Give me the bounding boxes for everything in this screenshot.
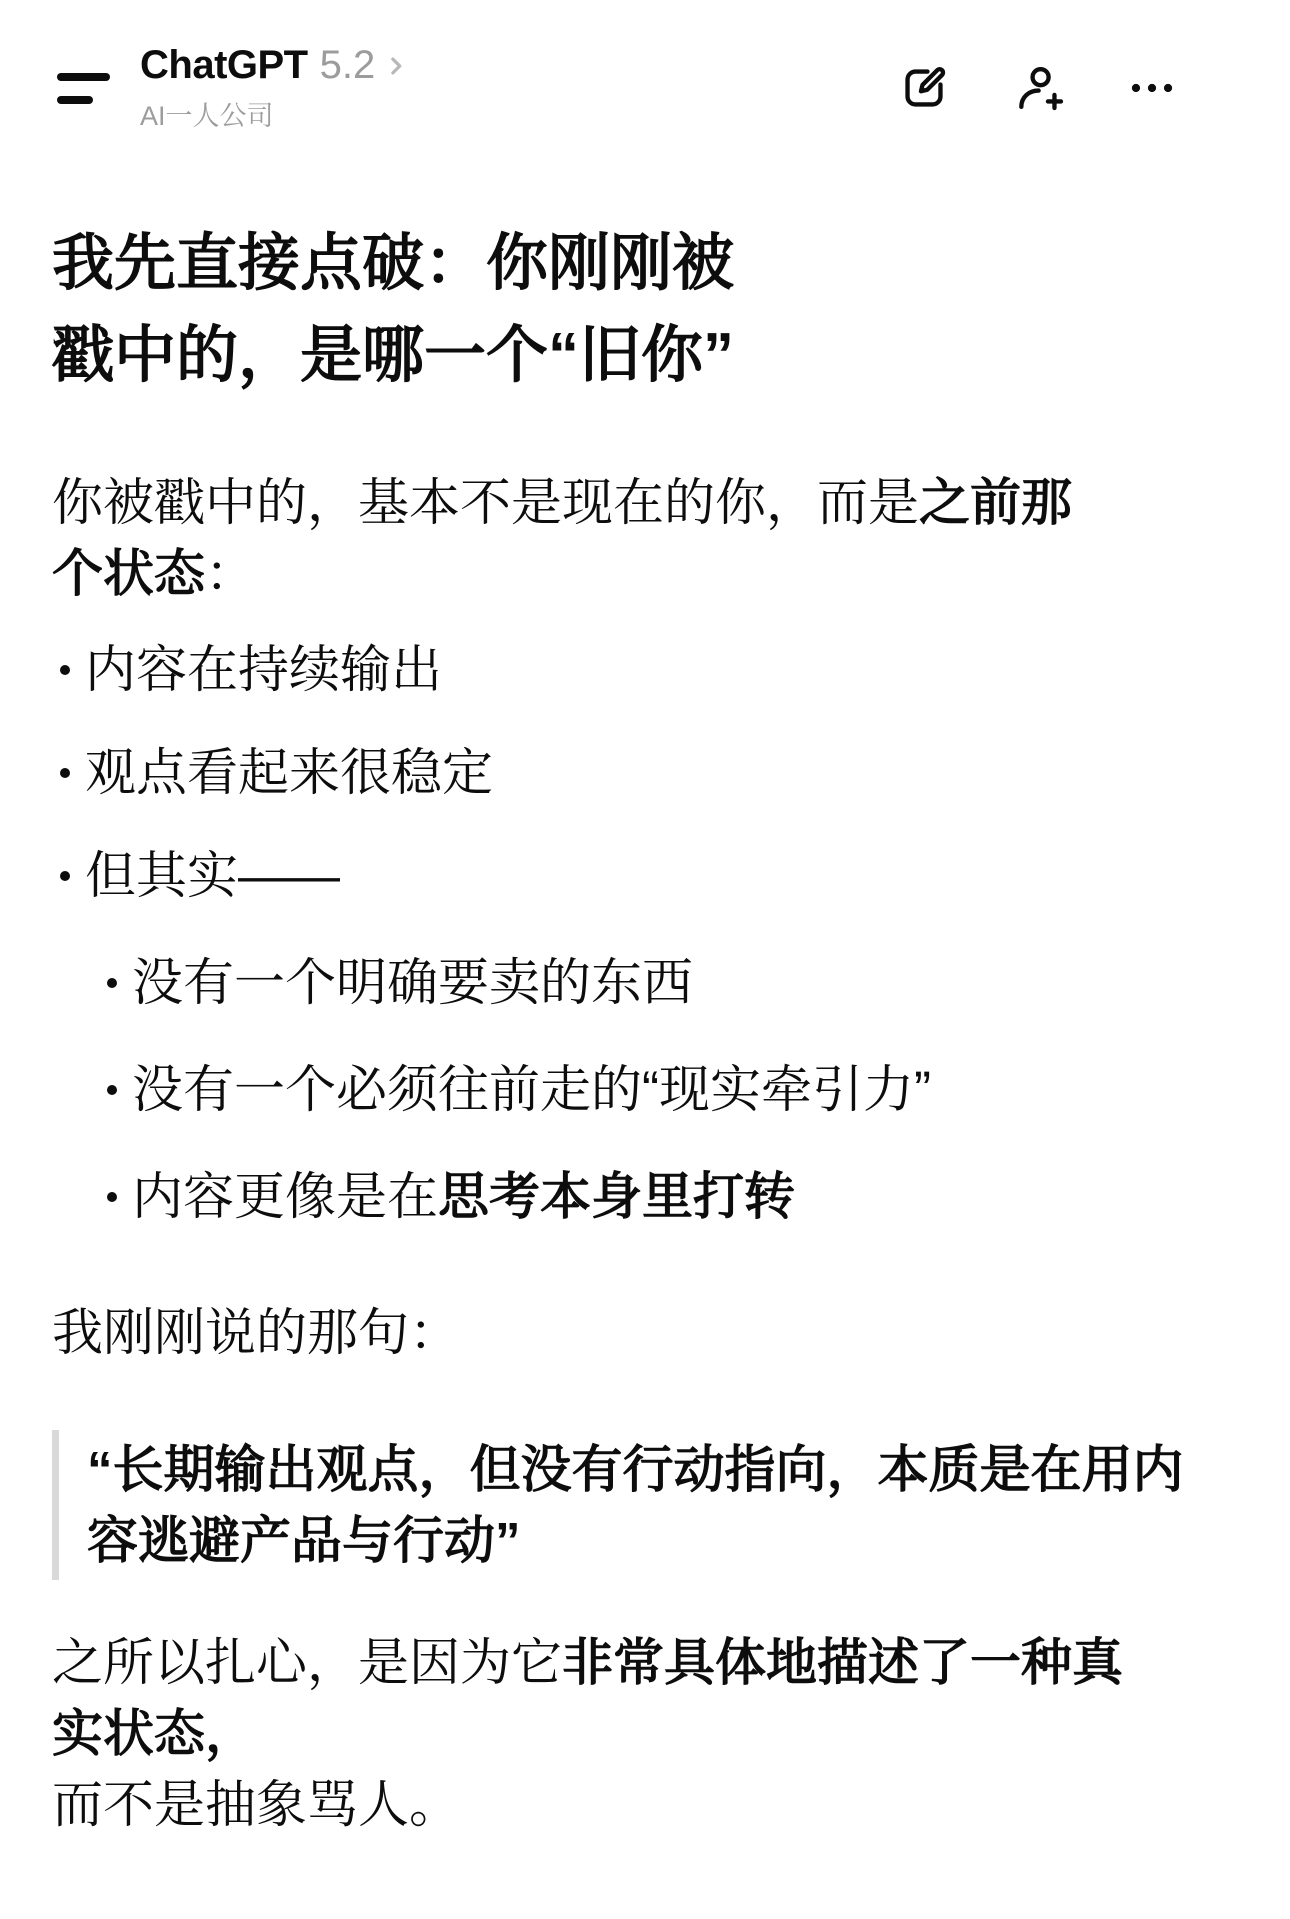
text-run: 观点看起来很稳定: [85, 744, 493, 801]
text-run: 内容在持续输出: [85, 641, 442, 698]
chat-message: 我先直接点破：你刚刚被 戳中的，是哪一个“旧你” 你被戳中的，基本不是现在的你，…: [0, 218, 1290, 1840]
text-run: 内容更像是在: [132, 1168, 438, 1225]
lead-in-paragraph: 我刚刚说的那句：: [52, 1297, 1238, 1368]
message-heading: 我先直接点破：你刚刚被 戳中的，是哪一个“旧你”: [52, 218, 1238, 402]
model-version: 5.2: [320, 43, 376, 88]
list-item: 观点看起来很稳定: [52, 737, 1238, 808]
list-item: 但其实——: [52, 840, 1238, 911]
chevron-right-icon: [381, 51, 411, 81]
new-chat-button[interactable]: [898, 62, 950, 114]
list-item: 内容在持续输出: [52, 634, 1238, 705]
text-run: 没有一个必须往前走的“现实牵引力”: [132, 1061, 931, 1118]
compose-icon: [898, 62, 950, 114]
text-run: 之所以扎心，是因为它: [52, 1634, 562, 1691]
text-run: ：: [205, 545, 256, 602]
list-item: 没有一个明确要卖的东西: [99, 947, 1238, 1018]
app-title: ChatGPT: [140, 43, 308, 88]
quote-block: “长期输出观点，但没有行动指向，本质是在用内 容逃避产品与行动”: [52, 1430, 1238, 1580]
chat-title-block[interactable]: ChatGPT 5.2 AI一人公司: [140, 43, 411, 133]
list-item: 没有一个必须往前走的“现实牵引力”: [99, 1054, 1238, 1125]
person-add-icon: [1012, 62, 1064, 114]
header-actions: [898, 62, 1178, 114]
bold-text-run: 思考本身里打转: [438, 1168, 795, 1225]
menu-button[interactable]: [57, 61, 110, 115]
menu-icon: [57, 73, 110, 81]
chat-subtitle: AI一人公司: [140, 94, 411, 133]
more-options-button[interactable]: [1126, 62, 1178, 114]
closing-paragraph: 之所以扎心，是因为它非常具体地描述了一种真 实状态， 而不是抽象骂人。: [52, 1627, 1238, 1840]
ellipsis-icon: [1126, 62, 1178, 114]
sub-bullet-list: 没有一个明确要卖的东西 没有一个必须往前走的“现实牵引力” 内容更像是在思考本身…: [99, 947, 1238, 1232]
menu-icon: [57, 96, 93, 104]
intro-paragraph: 你被戳中的，基本不是现在的你，而是之前那 个状态：: [52, 467, 1238, 609]
text-run: 而不是抽象骂人。: [52, 1776, 460, 1833]
bullet-list: 内容在持续输出 观点看起来很稳定 但其实——: [52, 634, 1238, 911]
text-run: 你被戳中的，基本不是现在的你，而是: [52, 474, 919, 531]
text-run: 我刚刚说的那句：: [52, 1304, 460, 1361]
add-person-button[interactable]: [1012, 62, 1064, 114]
app-header: ChatGPT 5.2 AI一人公司: [0, 0, 1290, 176]
list-item: 内容更像是在思考本身里打转: [99, 1161, 1238, 1232]
text-run: 没有一个明确要卖的东西: [132, 954, 693, 1011]
text-run: 但其实——: [85, 847, 340, 904]
